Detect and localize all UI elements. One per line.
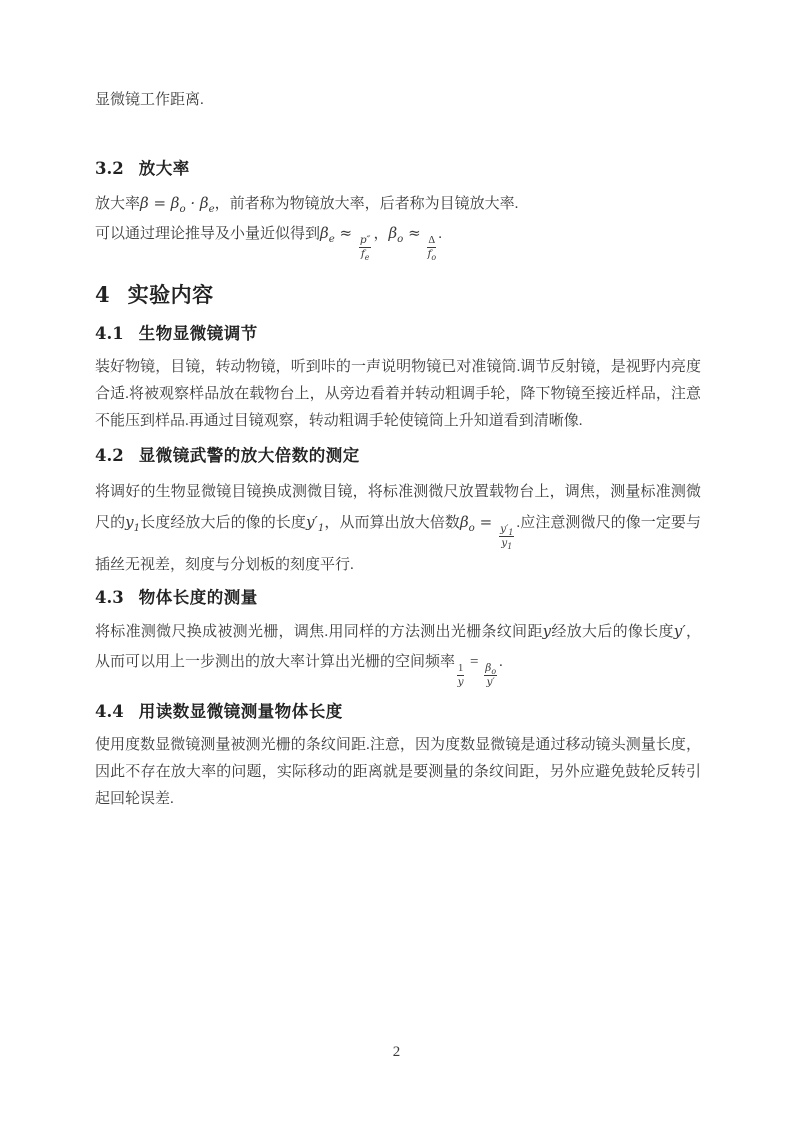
math-run: =: [475, 513, 497, 531]
section-number: 4.1: [95, 323, 124, 345]
subscript: 1: [507, 542, 512, 551]
fraction: βoy′: [484, 662, 497, 689]
text-run: .: [438, 226, 442, 242]
subscript: 1: [508, 528, 513, 537]
section-heading-3-2: 3.2 放大率: [95, 158, 701, 180]
document-page: 显微镜工作距离. 3.2 放大率 放大率β = βo · βe，前者称为物镜放大…: [0, 0, 793, 1122]
fraction: Δfo: [427, 234, 436, 261]
section-title: 实验内容: [128, 282, 214, 310]
section-number: 4.2: [95, 445, 124, 467]
section-heading-4-1: 4.1 生物显微镜调节: [95, 323, 701, 345]
math-run: y: [125, 513, 133, 531]
section-title: 用读数显微镜测量物体长度: [139, 701, 343, 723]
math-run: β: [320, 224, 329, 242]
section-number: 4.4: [95, 701, 124, 723]
section-heading-4-4: 4.4 用读数显微镜测量物体长度: [95, 701, 701, 723]
magnification-line-2: 可以通过理论推导及小量近似得到βe ≈ p″fe，βo ≈ Δfo.: [95, 219, 701, 262]
text-run: 将标准测微尺换成被测光栅，调焦.用同样的方法测出光栅条纹间距: [95, 624, 543, 640]
magnification-line-1: 放大率β = βo · βe，前者称为物镜放大率，后者称为目镜放大率.: [95, 189, 701, 219]
text-run: 1: [458, 663, 463, 674]
subscript: o: [491, 667, 496, 676]
math-run: β: [460, 513, 469, 531]
text-run: 长度经放大后的像的长度: [140, 515, 306, 531]
math-run: β: [389, 224, 398, 242]
section-heading-4-3: 4.3 物体长度的测量: [95, 587, 701, 609]
fraction: p″fe: [359, 234, 372, 261]
math-run: y′: [306, 513, 318, 531]
math-run: y′: [486, 676, 494, 688]
math-run: · β: [186, 194, 209, 212]
paragraph-magnification-measurement: 将调好的生物显微镜目镜换成测微目镜，将标准测微尺放置载物台上，调焦，测量标准测微…: [95, 477, 701, 581]
section-title: 生物显微镜调节: [139, 323, 258, 345]
math-run: β = β: [140, 194, 179, 212]
math-run: ≈: [335, 224, 357, 242]
paragraph-microscope-adjustment: 装好物镜，目镜，转动物镜，听到咔的一声说明物镜已对准镜筒.调节反射镜，是视野内亮…: [95, 354, 701, 435]
section-number: 4.3: [95, 587, 124, 609]
math-run: ≈: [403, 224, 425, 242]
text-run: ，前者称为物镜放大率，后者称为目镜放大率.: [215, 196, 519, 212]
section-title: 放大率: [139, 158, 190, 180]
page-content: 显微镜工作距离. 3.2 放大率 放大率β = βo · βe，前者称为物镜放大…: [95, 0, 701, 813]
fraction: 1y: [457, 662, 464, 689]
section-heading-4-2: 4.2 显微镜武警的放大倍数的测定: [95, 445, 701, 467]
text-run: 放大率: [95, 196, 140, 212]
text-run: .: [499, 654, 503, 670]
paragraph-length-measurement: 将标准测微尺换成被测光栅，调焦.用同样的方法测出光栅条纹间距y经放大后的像长度y…: [95, 616, 701, 690]
text-run: Δ: [428, 235, 435, 246]
paragraph-working-distance: 显微镜工作距离.: [95, 0, 701, 111]
text-run: ，: [373, 226, 388, 242]
math-run: y: [543, 622, 551, 640]
section-number: 3.2: [95, 158, 124, 180]
subscript: o: [431, 253, 436, 262]
text-run: 经放大后的像长度: [551, 624, 674, 640]
section-number: 4: [95, 281, 110, 309]
math-run: y: [458, 676, 464, 688]
text-run: 可以通过理论推导及小量近似得到: [95, 226, 320, 242]
math-run: p″: [360, 234, 371, 246]
paragraph-reading-microscope: 使用度数显微镜测量被测光栅的条纹间距.注意，因为度数显微镜是通过移动镜头测量长度…: [95, 732, 701, 813]
math-run: y′: [674, 622, 686, 640]
section-title: 显微镜武警的放大倍数的测定: [139, 445, 360, 467]
fraction: y′1y1: [499, 523, 514, 550]
subscript: e: [365, 253, 370, 262]
text-run: ，从而算出放大倍数: [324, 515, 460, 531]
paragraph-magnification: 放大率β = βo · βe，前者称为物镜放大率，后者称为目镜放大率. 可以通过…: [95, 189, 701, 262]
page-number: 2: [0, 1044, 793, 1061]
text-run: =: [466, 654, 482, 670]
section-title: 物体长度的测量: [139, 587, 258, 609]
section-heading-4: 4 实验内容: [95, 281, 701, 310]
